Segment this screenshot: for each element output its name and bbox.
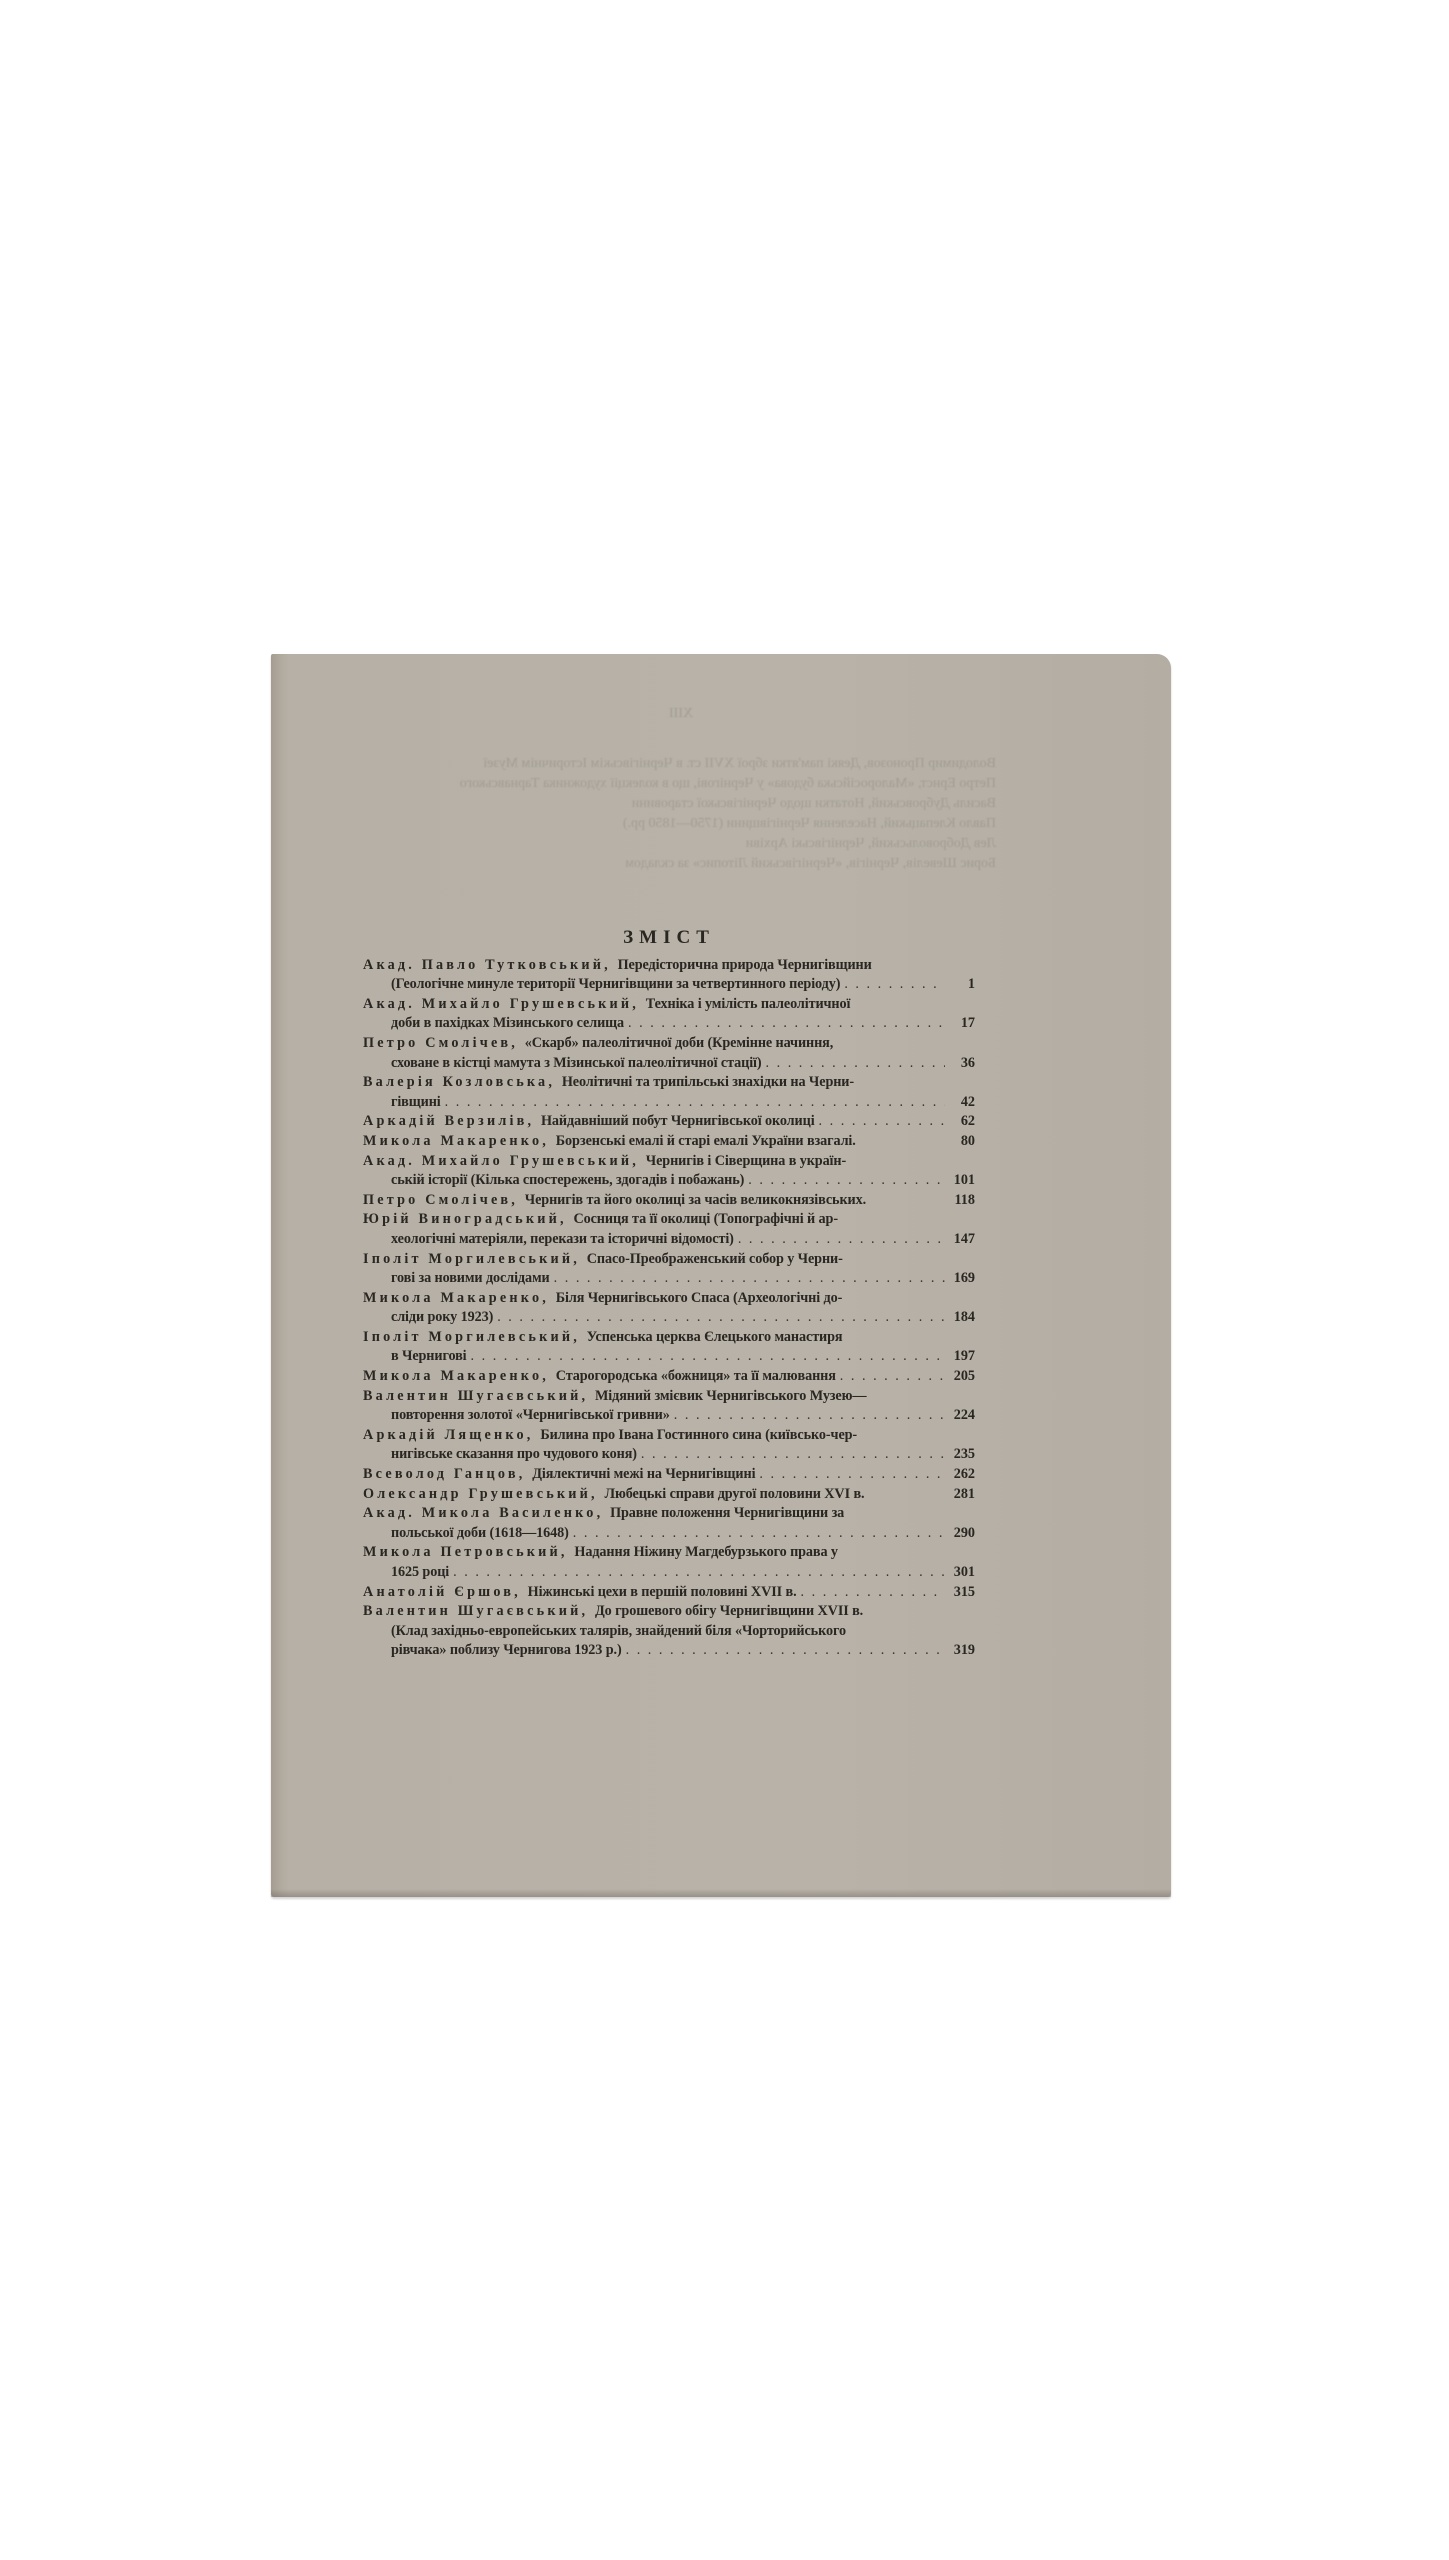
leader-dots [762,1054,945,1074]
toc-entry-line: рівчака» поблизу Чернигова 1923 р.)319 [363,1641,975,1661]
entry-author: Микола Петровський, [363,1543,574,1563]
toc-entry-line: Валентин Шугаєвський, До грошевого обігу… [363,1602,975,1622]
toc-entry-line: доби в пахідках Мізинського селища17 [363,1014,975,1034]
bleed-through-line: Володимир Пронозов, Деякі пам'ятки зброї… [366,754,996,774]
leader-dots [797,1583,945,1603]
entry-author: Валентин Шугаєвський, [363,1387,595,1407]
toc-entry-line: Всеволод Ганцов, Діялектичні межі на Чер… [363,1465,975,1485]
toc-entry-line: Микола Макаренко, Старогородська «божниц… [363,1367,975,1387]
toc-entry: Валерія Козловська, Неолітичні та трипіл… [363,1073,975,1112]
toc-entry: Анатолій Єршов, Ніжинські цехи в першій … [363,1583,975,1603]
bleed-through-line: Василь Дубровський, Нотатки щодо Чернігі… [366,794,996,814]
entry-title: гівщині [391,1093,441,1113]
toc-entry-line: сліди року 1923)184 [363,1308,975,1328]
toc-entry: Микола Петровський, Надання Ніжину Магде… [363,1543,975,1582]
entry-title: Борзенські емалі й старі емалі України в… [556,1132,856,1152]
toc-entry-line: Петро Смолічев, Чернигів та його околиці… [363,1191,975,1211]
toc-entry: Всеволод Ганцов, Діялектичні межі на Чер… [363,1465,975,1485]
entry-page-number: 62 [945,1112,975,1132]
toc-entry-line: Микола Макаренко, Борзенські емалі й ста… [363,1132,975,1152]
entry-author: Акад. Михайло Грушевський, [363,1152,646,1172]
toc-entry: Аркадій Лященко, Билина про Івана Гостин… [363,1426,975,1465]
toc-entry-line: повторення золотої «Чернигівської гривни… [363,1406,975,1426]
entry-title: в Чернигові [391,1347,467,1367]
bleed-through-line: Борис Шевелів, Чернігів, «Чернігівський … [366,854,996,874]
leader-dots [734,1230,945,1250]
entry-page-number: 17 [945,1014,975,1034]
bleed-through-text: XIII Володимир Пронозов, Деякі пам'ятки … [366,704,996,874]
leader-dots [622,1641,945,1661]
entry-title: (Клад західньо-европейських талярів, зна… [391,1622,846,1642]
toc-entry: Аркадій Верзилів, Найдавніший побут Черн… [363,1112,975,1132]
entry-author: Іполіт Моргилевський, [363,1328,587,1348]
toc-entry-line: Юрій Виноградський, Сосниця та її околиц… [363,1210,975,1230]
entry-page-number: 290 [945,1524,975,1544]
toc-entry: Микола Макаренко, Старогородська «божниц… [363,1367,975,1387]
entry-title: доби в пахідках Мізинського селища [391,1014,624,1034]
leader-dots [550,1269,945,1289]
toc-entry-line: Анатолій Єршов, Ніжинські цехи в першій … [363,1583,975,1603]
entry-title: Старогородська «божниця» та її малювання [556,1367,836,1387]
leader-dots [449,1563,945,1583]
leader-dots [815,1112,945,1132]
toc-entry-line: Аркадій Лященко, Билина про Івана Гостин… [363,1426,975,1446]
entry-title: Успенська церква Єлецького манастиря [587,1328,843,1348]
toc-entry-line: (Геологічне минуле території Чернигівщин… [363,975,975,995]
toc-entry: Петро Смолічев, «Скарб» палеолітичної до… [363,1034,975,1073]
toc-entry-line: ській історії (Кілька спостережень, здог… [363,1171,975,1191]
toc-entry: Юрій Виноградський, Сосниця та її околиц… [363,1210,975,1249]
toc-entry: Акад. Микола Василенко, Правне положення… [363,1504,975,1543]
entry-page-number: 36 [945,1054,975,1074]
entry-title: Передісторична природа Чернигівщини [618,956,872,976]
leader-dots [467,1347,946,1367]
toc-entry-line: Валентин Шугаєвський, Мідяний змієвик Че… [363,1387,975,1407]
entry-author: Аркадій Лященко, [363,1426,540,1446]
entry-page-number: 262 [945,1465,975,1485]
entry-page-number: 101 [945,1171,975,1191]
bleed-through-lines: Володимир Пронозов, Деякі пам'ятки зброї… [366,754,996,874]
entry-title: сліди року 1923) [391,1308,493,1328]
entry-page-number: 184 [945,1308,975,1328]
toc-entry-line: гові за новими дослідами169 [363,1269,975,1289]
entry-title: рівчака» поблизу Чернигова 1923 р.) [391,1641,622,1661]
leader-dots [755,1465,945,1485]
entry-title: Чернигів та його околиці за часів велико… [525,1191,866,1211]
entry-page-number: 301 [945,1563,975,1583]
entry-author: Петро Смолічев, [363,1191,525,1211]
entry-title: (Геологічне минуле території Чернигівщин… [391,975,840,995]
entry-author: Всеволод Ганцов, [363,1465,532,1485]
entry-author: Валерія Козловська, [363,1073,562,1093]
toc-entry-line: Микола Макаренко, Біля Чернигівського Сп… [363,1289,975,1309]
entry-page-number: 197 [945,1347,975,1367]
toc-entry: Іполіт Моргилевський, Успенська церква Є… [363,1328,975,1367]
entry-author: Анатолій Єршов, [363,1583,528,1603]
toc-entry: Валентин Шугаєвський, До грошевого обігу… [363,1602,975,1661]
toc-entry-line: Акад. Микола Василенко, Правне положення… [363,1504,975,1524]
toc-entry: Олександр Грушевський, Любецькі справи д… [363,1485,975,1505]
toc-title: ЗМІСТ [363,928,975,948]
entry-title: польської доби (1618—1648) [391,1524,569,1544]
entry-author: Петро Смолічев, [363,1034,525,1054]
toc-entry: Акад. Михайло Грушевський, Техніка і умі… [363,995,975,1034]
entry-page-number: 224 [945,1406,975,1426]
entry-page-number: 205 [945,1367,975,1387]
entry-title: Сосниця та її околиці (Топографічні й ар… [573,1210,837,1230]
leader-dots [493,1308,945,1328]
leader-dots [624,1014,945,1034]
entry-page-number: 281 [945,1485,975,1505]
bleed-through-line: Лев Добровольський, Чернігівські Архіви [366,834,996,854]
entry-page-number: 1 [945,975,975,995]
toc-entry: Микола Макаренко, Біля Чернигівського Сп… [363,1289,975,1328]
entry-author: Микола Макаренко, [363,1367,556,1387]
scanned-page: XIII Володимир Пронозов, Деякі пам'ятки … [271,654,1171,1897]
entry-title: хеологічні матеріяли, перекази та істори… [391,1230,734,1250]
entry-title: нигівське сказання про чудового коня) [391,1445,637,1465]
entry-page-number: 169 [945,1269,975,1289]
entry-author: Олександр Грушевський, [363,1485,605,1505]
leader-dots [441,1093,945,1113]
entry-page-number: 118 [945,1191,975,1211]
entry-title: Билина про Івана Гостинного сина (київсь… [540,1426,857,1446]
leader-dots [637,1445,945,1465]
entry-author: Акад. Микола Василенко, [363,1504,610,1524]
toc-entry-line: Акад. Павло Тутковський, Передісторична … [363,956,975,976]
entry-page-number: 80 [945,1132,975,1152]
toc-entry-line: Валерія Козловська, Неолітичні та трипіл… [363,1073,975,1093]
entry-title: Біля Чернигівського Спаса (Археологічні … [556,1289,843,1309]
entry-page-number: 319 [945,1641,975,1661]
entry-author: Микола Макаренко, [363,1289,556,1309]
bleed-through-line: Павло Клепацький, Населення Чернігівщини… [366,814,996,834]
toc-entry-line: гівщині42 [363,1093,975,1113]
entry-title: сховане в кістці мамута з Мізинської пал… [391,1054,762,1074]
table-of-contents: ЗМІСТ Акад. Павло Тутковський, Передісто… [363,928,975,1661]
entry-author: Валентин Шугаєвський, [363,1602,595,1622]
entry-author: Микола Макаренко, [363,1132,556,1152]
entry-author: Акад. Михайло Грушевський, [363,995,646,1015]
entry-title: Спасо-Преображенський собор у Черни- [587,1250,843,1270]
toc-entry-line: Аркадій Верзилів, Найдавніший побут Черн… [363,1112,975,1132]
toc-entry-line: Іполіт Моргилевський, Успенська церква Є… [363,1328,975,1348]
leader-dots [569,1524,945,1544]
toc-entry-line: 1625 році301 [363,1563,975,1583]
entry-title: Техніка і умілість палеолітичної [646,995,851,1015]
leader-dots [670,1406,945,1426]
entry-title: Найдавніший побут Чернигівської околиці [541,1112,815,1132]
entry-title: Мідяний змієвик Чернигівського Музею— [595,1387,866,1407]
entry-title: Ніжинські цехи в першій половині XVII в. [528,1583,797,1603]
leader-dots [836,1367,945,1387]
toc-entry-line: Петро Смолічев, «Скарб» палеолітичної до… [363,1034,975,1054]
toc-entry-line: нигівське сказання про чудового коня)235 [363,1445,975,1465]
faint-page-number: XIII [366,704,996,724]
entry-title: Діялектичні межі на Чернигівщині [532,1465,755,1485]
entry-title: Любецькі справи другої половини XVI в. [605,1485,865,1505]
toc-entry-line: сховане в кістці мамута з Мізинської пал… [363,1054,975,1074]
toc-entry: Валентин Шугаєвський, Мідяний змієвик Че… [363,1387,975,1426]
toc-entry: Іполіт Моргилевський, Спасо-Преображенсь… [363,1250,975,1289]
entry-title: Чернигів і Сіверщина в україн- [646,1152,846,1172]
entry-author: Юрій Виноградський, [363,1210,573,1230]
leader-dots [840,975,945,995]
entry-title: Неолітичні та трипільські знахідки на Че… [562,1073,854,1093]
entry-title: «Скарб» палеолітичної доби (Кремінне нач… [525,1034,833,1054]
toc-entry-line: Акад. Михайло Грушевський, Чернигів і Сі… [363,1152,975,1172]
toc-entry: Акад. Михайло Грушевський, Чернигів і Сі… [363,1152,975,1191]
entry-author: Аркадій Верзилів, [363,1112,541,1132]
entry-page-number: 147 [945,1230,975,1250]
entry-page-number: 235 [945,1445,975,1465]
entry-title: Правне положення Чернигівщини за [610,1504,844,1524]
toc-entry-line: Іполіт Моргилевський, Спасо-Преображенсь… [363,1250,975,1270]
entry-title: Надання Ніжину Магдебурзького права у [574,1543,838,1563]
toc-entry: Петро Смолічев, Чернигів та його околиці… [363,1191,975,1211]
entry-page-number: 315 [945,1583,975,1603]
leader-dots [744,1171,945,1191]
entry-title: гові за новими дослідами [391,1269,550,1289]
toc-entry-line: Акад. Михайло Грушевський, Техніка і умі… [363,995,975,1015]
entry-title: повторення золотої «Чернигівської гривни… [391,1406,670,1426]
bleed-through-line: Петро Ернст, «Малоросійська будова» у Че… [366,774,996,794]
toc-entry: Акад. Павло Тутковський, Передісторична … [363,956,975,995]
toc-entry-line: Олександр Грушевський, Любецькі справи д… [363,1485,975,1505]
toc-entry-line: хеологічні матеріяли, перекази та істори… [363,1230,975,1250]
toc-entry-line: Микола Петровський, Надання Ніжину Магде… [363,1543,975,1563]
toc-entry-line: польської доби (1618—1648)290 [363,1524,975,1544]
entry-page-number: 42 [945,1093,975,1113]
entry-author: Акад. Павло Тутковський, [363,956,618,976]
toc-entries: Акад. Павло Тутковський, Передісторична … [363,956,975,1661]
toc-entry: Микола Макаренко, Борзенські емалі й ста… [363,1132,975,1152]
entry-title: ській історії (Кілька спостережень, здог… [391,1171,744,1191]
toc-entry-line: в Чернигові197 [363,1347,975,1367]
toc-entry-line: (Клад західньо-европейських талярів, зна… [363,1622,975,1642]
entry-title: 1625 році [391,1563,449,1583]
entry-author: Іполіт Моргилевський, [363,1250,587,1270]
entry-title: До грошевого обігу Чернигівщини XVII в. [595,1602,863,1622]
